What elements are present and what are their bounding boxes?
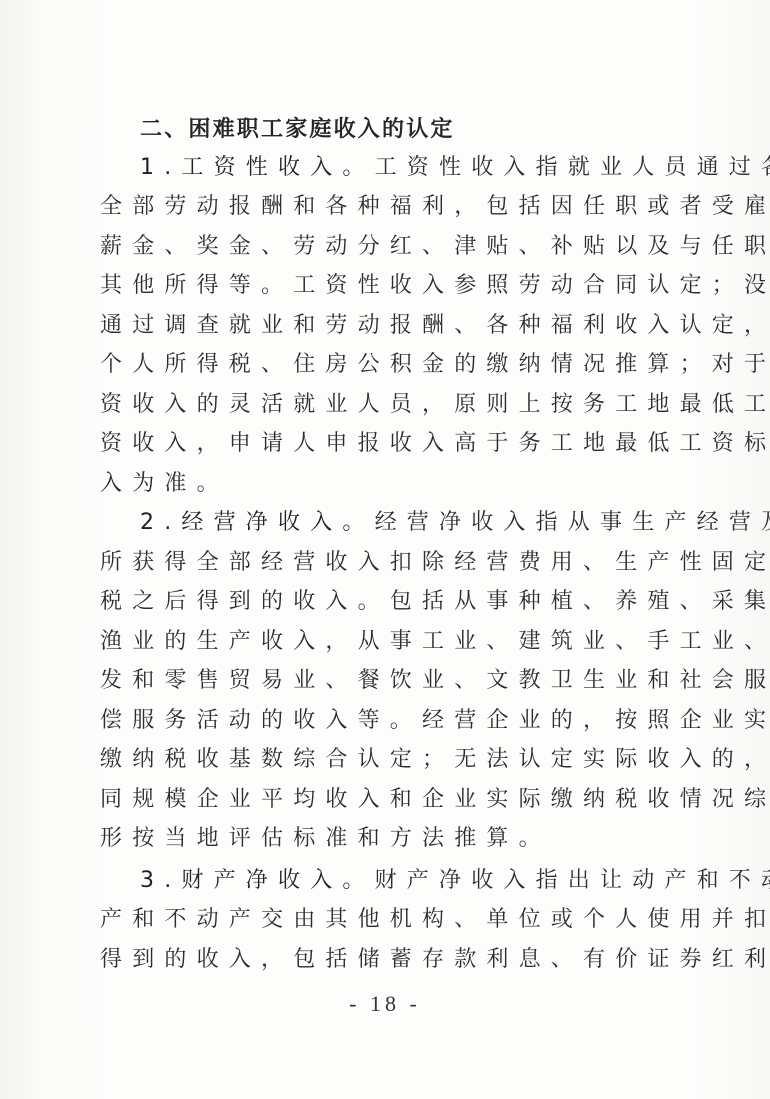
paragraph-lead: 1.工资性收入。	[140, 155, 375, 180]
text-line: 薪金、奖金、劳动分红、津贴、补贴以及与任职或者受雇有关的	[100, 232, 700, 262]
paragraph-first-line: 3.财产净收入。财产净收入指出让动产和不动产，或将动	[140, 866, 740, 896]
paragraph-lead: 3.财产净收入。	[140, 868, 375, 893]
text-line: 经营净收入指从事生产经营及有偿服务活动	[375, 510, 770, 535]
text-line: 财产净收入指出让动产和不动产，或将动	[375, 868, 770, 893]
paragraph-first-line: 2.经营净收入。经营净收入指从事生产经营及有偿服务活动	[140, 508, 740, 538]
text-line: 发和零售贸易业、餐饮业、文教卫生业和社会服务业等经营及有	[100, 666, 700, 696]
text-line: 渔业的生产收入，从事工业、建筑业、手工业、交通运输业、批	[100, 627, 700, 657]
text-line: 工资性收入指就业人员通过各种途径得到的	[375, 155, 770, 180]
text-line: 通过调查就业和劳动报酬、各种福利收入认定，或根据社会保险、	[100, 311, 700, 341]
text-line: 个人所得税、住房公积金的缴纳情况推算；对于无法推算实际工	[100, 350, 700, 380]
text-line: 形按当地评估标准和方法推算。	[100, 824, 700, 854]
text-line: 同规模企业平均收入和企业实际缴纳税收情况综合认定。其他情	[100, 785, 700, 815]
text-line: 资收入的灵活就业人员，原则上按务工地最低工资标准计算其工	[100, 390, 700, 420]
text-line: 得到的收入，包括储蓄存款利息、有价证券红利、储蓄性保险投	[100, 945, 700, 975]
paragraph-first-line: 1.工资性收入。工资性收入指就业人员通过各种途径得到的	[140, 153, 740, 183]
document-page: 二、困难职工家庭收入的认定 1.工资性收入。工资性收入指就业人员通过各种途径得到…	[0, 0, 770, 1099]
text-line: 缴纳税收基数综合认定；无法认定实际收入的，参考当地同行业、	[100, 745, 700, 775]
text-line: 税之后得到的收入。包括从事种植、养殖、采集及加工等农林牧	[100, 587, 700, 617]
text-line: 全部劳动报酬和各种福利，包括因任职或者受雇而取得的工资、	[100, 192, 700, 222]
text-line: 资收入，申请人申报收入高于务工地最低工资标准的，以申报收	[100, 429, 700, 459]
text-line: 所获得全部经营收入扣除经营费用、生产性固定资产折旧和生产	[100, 548, 700, 578]
text-line: 偿服务活动的收入等。经营企业的，按照企业实际纯收入或实际	[100, 706, 700, 736]
text-line: 其他所得等。工资性收入参照劳动合同认定；没有劳动合同的，	[100, 271, 700, 301]
text-line: 入为准。	[100, 469, 700, 499]
page-number: - 18 -	[0, 991, 770, 1017]
section-heading: 二、困难职工家庭收入的认定	[140, 115, 455, 145]
text-line: 产和不动产交由其他机构、单位或个人使用并扣除相关费用之后	[100, 905, 700, 935]
paragraph-lead: 2.经营净收入。	[140, 510, 375, 535]
